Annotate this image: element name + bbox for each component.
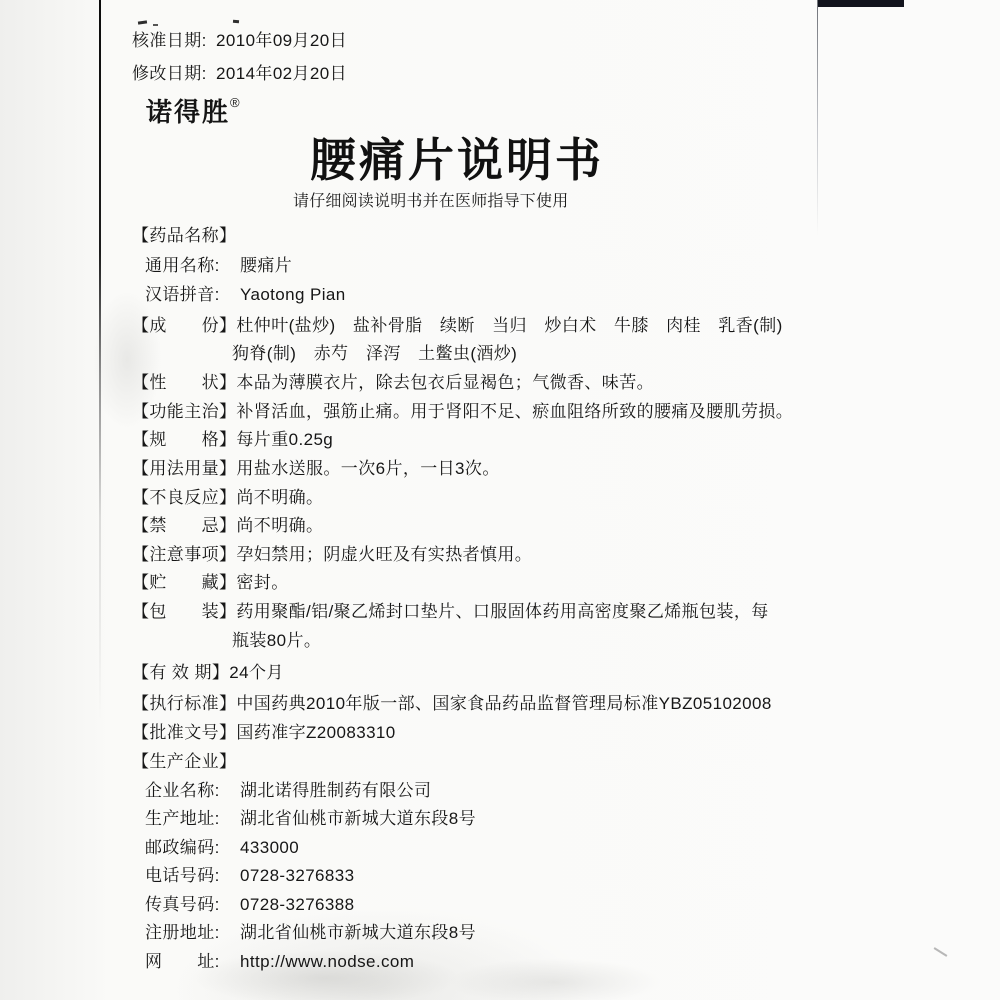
section-functions: 【功能主治】补肾活血，强筋止痛。用于肾阳不足、瘀血阻络所致的腰痛及腰肌劳损。 [132, 397, 793, 422]
phone-label: 电话号码: [145, 861, 240, 886]
row-fax-number: 传真号码:0728-3276388 [145, 890, 354, 915]
pinyin-value: Yaotong Pian [240, 285, 346, 304]
row-website: 网 址:http://www.nodse.com [145, 947, 414, 972]
ingredients-line1: 杜仲叶(盐炒) 盐补骨脂 续断 当归 炒白术 牛膝 肉桂 乳香(制) [236, 316, 782, 335]
properties-label: 【性 状】 [132, 373, 236, 392]
spec-text: 每片重0.25g [236, 430, 333, 449]
section-usage: 【用法用量】用盐水送服。一次6片，一日3次。 [132, 454, 500, 479]
section-approval-number: 【批准文号】国药准字Z20083310 [132, 718, 396, 743]
page-subtitle: 请仔细阅读说明书并在医师指导下使用 [293, 188, 568, 211]
fax-value: 0728-3276388 [240, 895, 354, 914]
row-phone-number: 电话号码:0728-3276833 [145, 861, 354, 886]
approval-no-label: 【批准文号】 [132, 723, 236, 742]
fax-label: 传真号码: [145, 890, 240, 915]
website-value: http://www.nodse.com [240, 952, 414, 971]
page-title: 腰痛片说明书 [310, 124, 604, 190]
leaflet-scan: 核准日期:2010年09月20日 修改日期:2014年02月20日 诺得胜® 腰… [0, 0, 1000, 1000]
revision-date-row: 修改日期:2014年02月20日 [132, 59, 347, 84]
section-validity: 【有 效 期】24个月 [132, 658, 284, 683]
registered-address-label: 注册地址: [145, 918, 240, 943]
production-address-label: 生产地址: [145, 804, 240, 829]
section-manufacturer-header: 【生产企业】 [132, 747, 236, 772]
section-drug-name-header: 【药品名称】 [132, 221, 236, 246]
scan-speck [233, 20, 239, 24]
section-properties: 【性 状】本品为薄膜衣片，除去包衣后显褐色；气微香、味苦。 [132, 368, 654, 393]
row-postal-code: 邮政编码:433000 [145, 833, 299, 858]
revision-date-label: 修改日期: [132, 59, 216, 84]
standard-label: 【执行标准】 [132, 694, 236, 713]
postal-code-label: 邮政编码: [145, 833, 240, 858]
row-pinyin: 汉语拼音:Yaotong Pian [145, 280, 346, 305]
section-contraindications: 【禁 忌】尚不明确。 [132, 511, 323, 536]
production-address-value: 湖北省仙桃市新城大道东段8号 [240, 809, 476, 828]
brand-name-text: 诺得胜 [146, 97, 230, 127]
functions-text: 补肾活血，强筋止痛。用于肾阳不足、瘀血阻络所致的腰痛及腰肌劳损。 [236, 402, 793, 421]
precautions-label: 【注意事项】 [132, 545, 236, 564]
usage-text: 用盐水送服。一次6片，一日3次。 [236, 459, 499, 478]
postal-code-value: 433000 [240, 838, 299, 857]
section-specification: 【规 格】每片重0.25g [132, 425, 333, 450]
usage-label: 【用法用量】 [132, 459, 236, 478]
ingredients-label: 【成 份】 [132, 316, 236, 335]
adverse-label: 【不良反应】 [132, 488, 236, 507]
company-name-label: 企业名称: [145, 776, 240, 801]
section-adverse-reactions: 【不良反应】尚不明确。 [132, 483, 323, 508]
scan-speck [138, 20, 147, 24]
approval-date-value: 2010年09月20日 [216, 31, 347, 50]
contraindication-label: 【禁 忌】 [132, 516, 236, 535]
section-package: 【包 装】药用聚酯/铝/聚乙烯封口垫片、口服固体药用高密度聚乙烯瓶包装，每 [132, 597, 769, 622]
registered-address-value: 湖北省仙桃市新城大道东段8号 [240, 923, 476, 942]
storage-text: 密封。 [236, 573, 288, 592]
generic-name-value: 腰痛片 [240, 256, 292, 275]
adverse-text: 尚不明确。 [236, 488, 323, 507]
approval-date-label: 核准日期: [132, 26, 216, 51]
generic-name-label: 通用名称: [145, 251, 240, 276]
section-ingredients: 【成 份】杜仲叶(盐炒) 盐补骨脂 续断 当归 炒白术 牛膝 肉桂 乳香(制) [132, 311, 783, 336]
package-line2: 瓶装80片。 [232, 626, 321, 651]
functions-label: 【功能主治】 [132, 402, 236, 421]
properties-text: 本品为薄膜衣片，除去包衣后显褐色；气微香、味苦。 [236, 373, 654, 392]
precautions-text: 孕妇禁用；阴虚火旺及有实热者慎用。 [236, 545, 532, 564]
ingredients-line2: 狗脊(制) 赤芍 泽泻 土鳖虫(酒炒) [232, 339, 517, 364]
contraindication-text: 尚不明确。 [236, 516, 323, 535]
spec-label: 【规 格】 [132, 430, 236, 449]
validity-text: 24个月 [229, 663, 284, 682]
storage-label: 【贮 藏】 [132, 573, 236, 592]
row-company-name: 企业名称:湖北诺得胜制药有限公司 [145, 776, 431, 801]
pinyin-label: 汉语拼音: [145, 280, 240, 305]
registered-trademark-symbol: ® [230, 95, 240, 110]
row-registered-address: 注册地址:湖北省仙桃市新城大道东段8号 [145, 918, 476, 943]
row-production-address: 生产地址:湖北省仙桃市新城大道东段8号 [145, 804, 476, 829]
scan-speck [934, 947, 948, 957]
phone-value: 0728-3276833 [240, 866, 354, 885]
section-storage: 【贮 藏】密封。 [132, 568, 289, 593]
validity-label: 【有 效 期】 [132, 663, 229, 682]
package-label: 【包 装】 [132, 602, 236, 621]
scan-smudge [440, 956, 670, 1000]
section-standard: 【执行标准】中国药典2010年版一部、国家食品药品监督管理局标准YBZ05102… [132, 689, 772, 714]
brand-name: 诺得胜® [146, 92, 240, 129]
scan-top-dark-bar [818, 0, 904, 7]
website-label: 网 址: [145, 947, 240, 972]
standard-text: 中国药典2010年版一部、国家食品药品监督管理局标准YBZ05102008 [236, 694, 771, 713]
revision-date-value: 2014年02月20日 [216, 64, 347, 83]
package-line1: 药用聚酯/铝/聚乙烯封口垫片、口服固体药用高密度聚乙烯瓶包装，每 [236, 602, 768, 621]
row-generic-name: 通用名称:腰痛片 [145, 251, 292, 276]
section-precautions: 【注意事项】孕妇禁用；阴虚火旺及有实热者慎用。 [132, 540, 532, 565]
approval-date-row: 核准日期:2010年09月20日 [132, 26, 347, 51]
company-name-value: 湖北诺得胜制药有限公司 [240, 781, 431, 800]
scan-paper-edge-line [817, 0, 818, 235]
approval-no-text: 国药准字Z20083310 [236, 723, 395, 742]
